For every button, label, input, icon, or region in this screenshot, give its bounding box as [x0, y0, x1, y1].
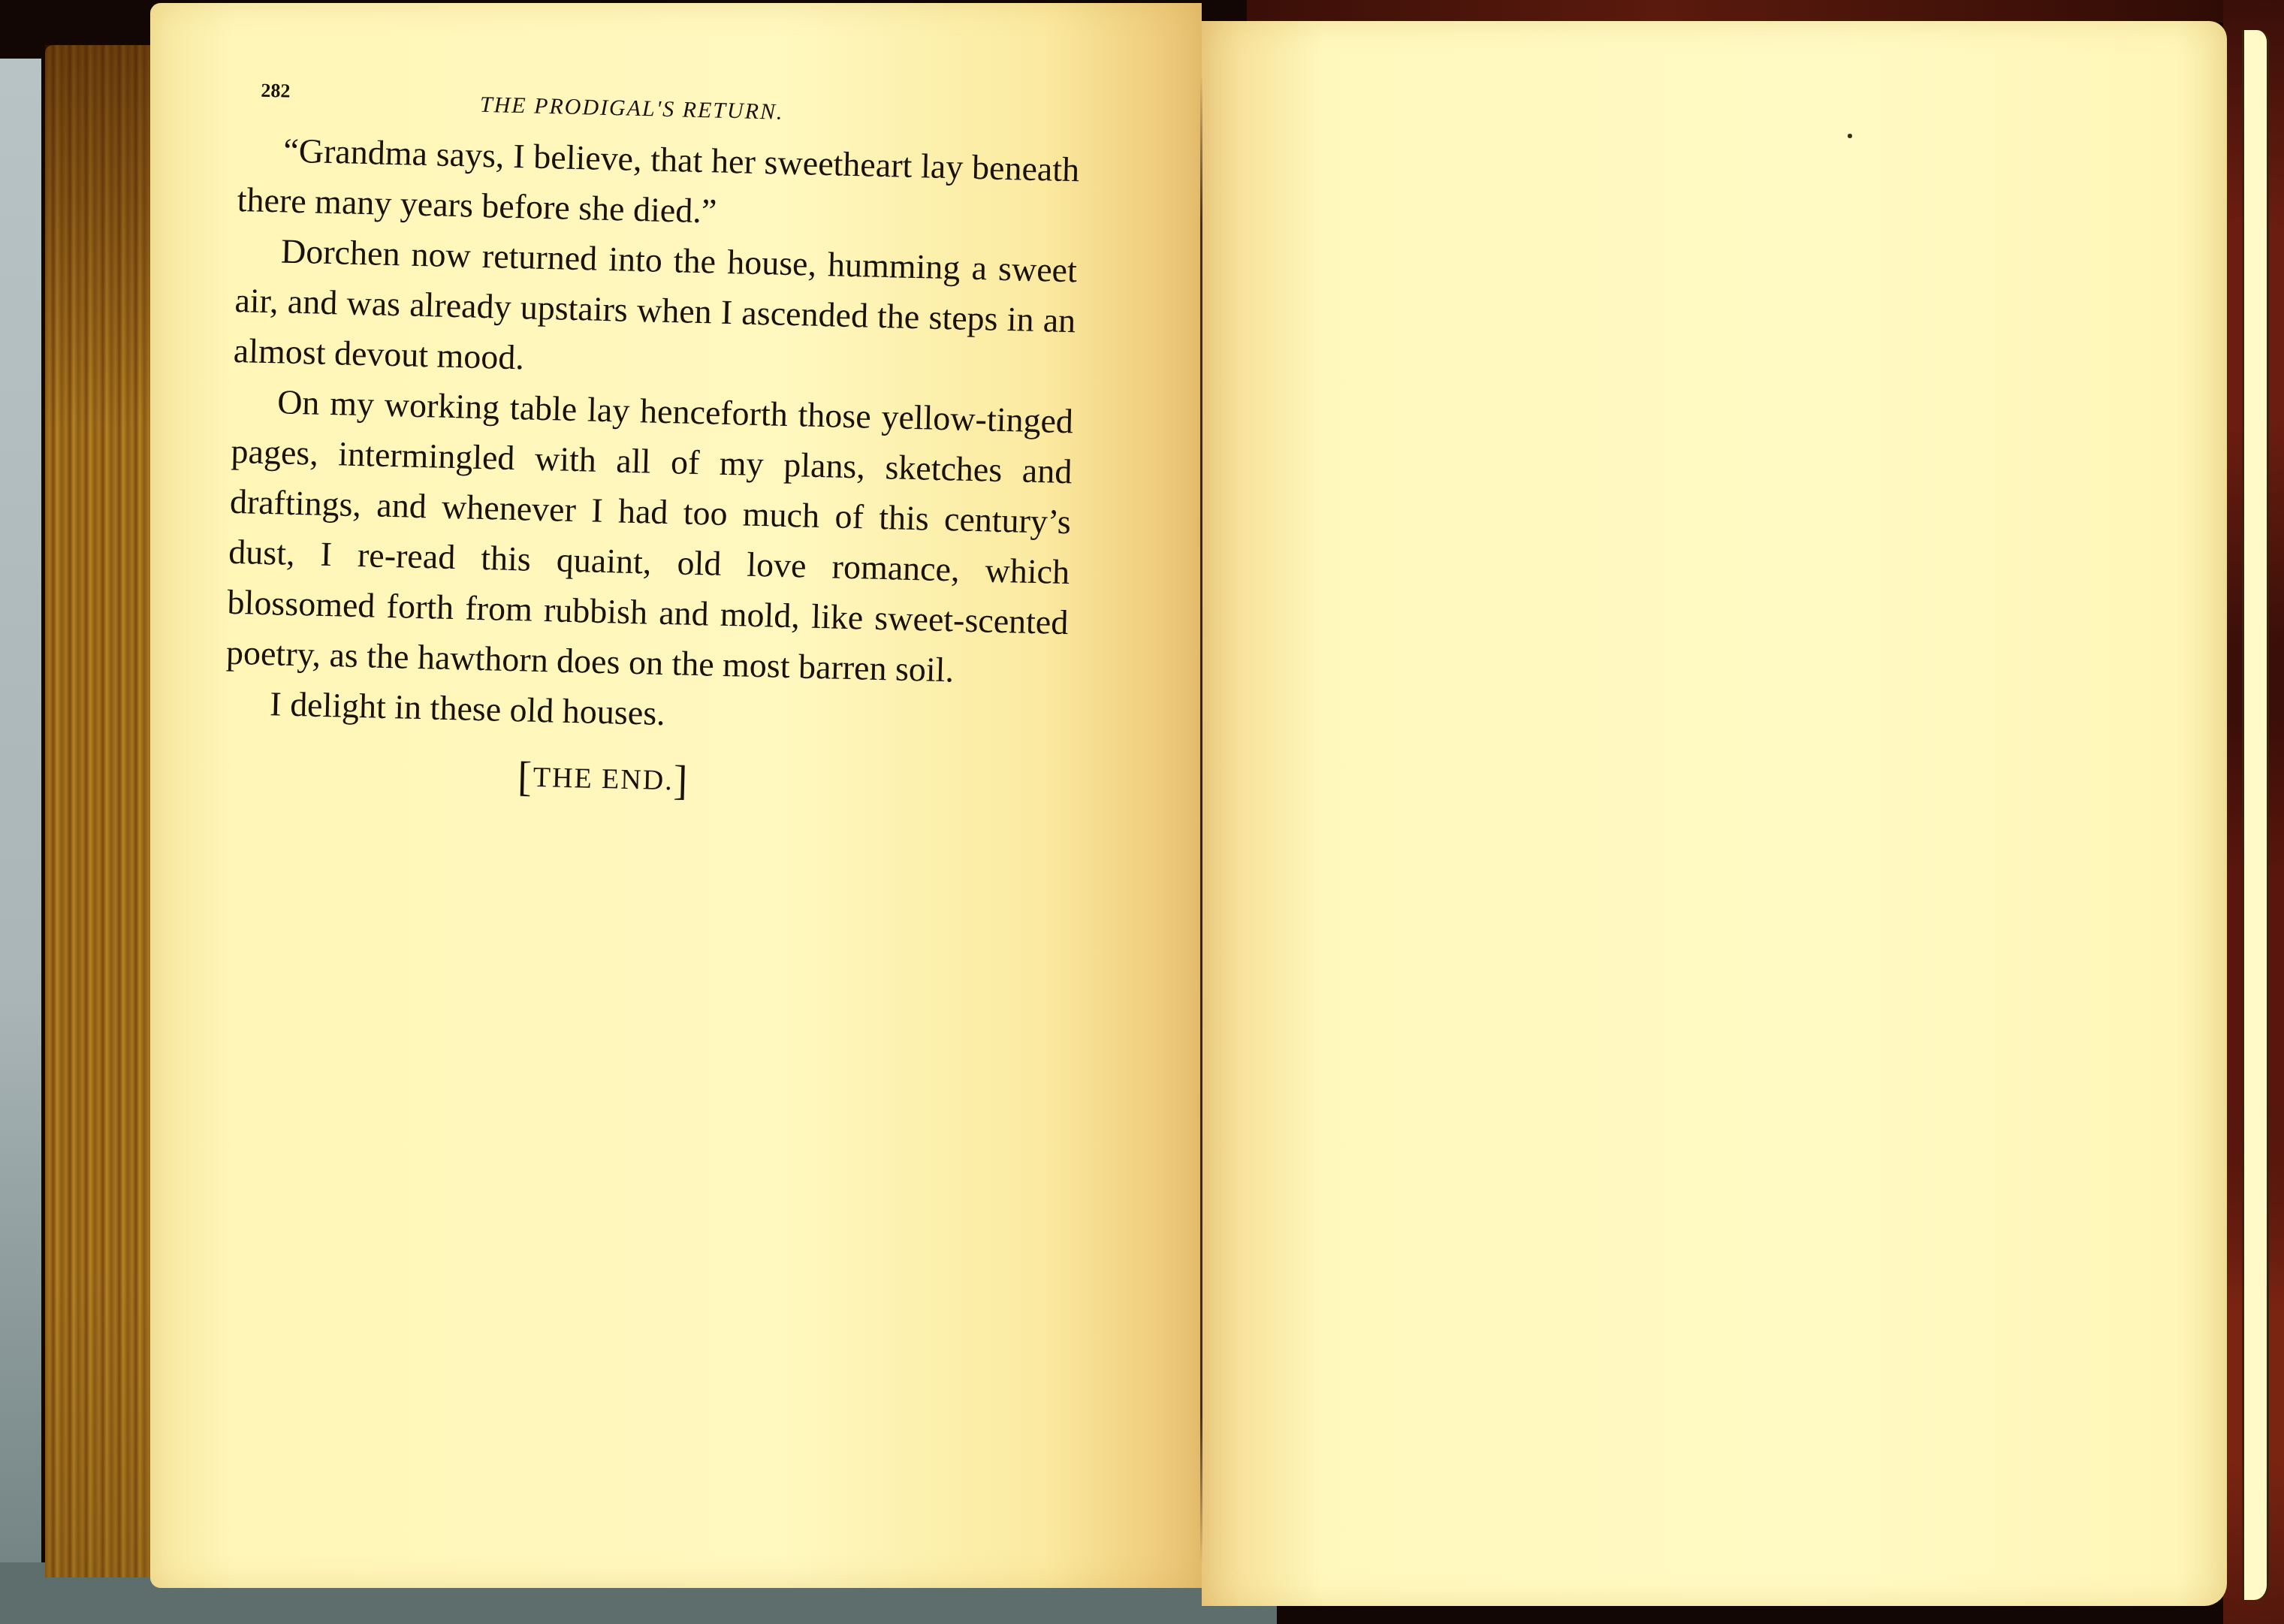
table-surface-left — [0, 59, 41, 1624]
open-bracket: [ — [517, 753, 533, 800]
paragraph-2: Dorchen now returned into the house, hum… — [233, 225, 1078, 396]
right-page-edges — [2242, 30, 2269, 1600]
right-page — [1202, 21, 2227, 1606]
book-gutter — [1200, 75, 1202, 1562]
left-page-text: 282 THE PRODIGAL'S RETURN. “Grandma says… — [222, 71, 1081, 814]
the-end-text: THE END. — [533, 762, 674, 797]
page-block-edges — [45, 45, 150, 1577]
paragraph-3: On my working table lay henceforth those… — [225, 376, 1073, 698]
running-head-title: THE PRODIGAL'S RETURN. — [480, 92, 784, 125]
speck — [1848, 134, 1852, 138]
page-number: 282 — [261, 80, 291, 103]
cloth-cover-top — [1247, 0, 2284, 23]
close-bracket: ] — [673, 757, 689, 804]
